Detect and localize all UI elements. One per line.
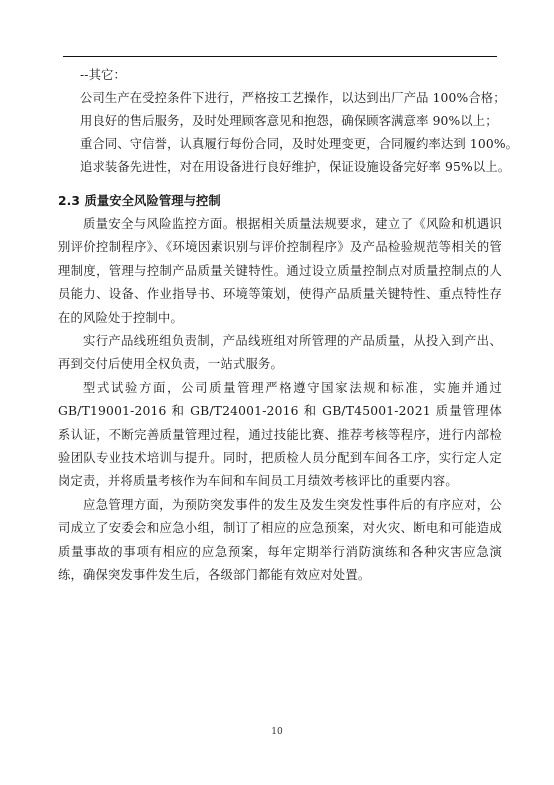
list-item: 公司生产在受控条件下进行，严格按工艺操作，以达到出厂产品 100%合格；: [58, 87, 502, 110]
header-rule: [63, 56, 497, 57]
paragraph-team-responsibility: 实行产品线班组负责制，产品线班组对所管理的产品质量，从投入到产出、再到交付后使用…: [58, 330, 502, 377]
list-item: 重合同、守信誉，认真履行每份合同，及时处理变更，合同履约率达到 100%。: [58, 133, 502, 156]
list-item: 追求装备先进性，对在用设备进行良好维护，保证设施设备完好率 95%以上。: [58, 156, 502, 179]
list-intro: --其它：: [58, 64, 502, 87]
paragraph-emergency-management: 应急管理方面，为预防突发事件的发生及发生突发性事件后的有序应对，公司成立了安委会…: [58, 494, 502, 588]
page-number: 10: [0, 727, 554, 737]
paragraph-risk-monitoring: 质量安全与风险监控方面。根据相关质量法规要求，建立了《风险和机遇识别评价控制程序…: [58, 213, 502, 330]
paragraph-type-testing: 型式试验方面，公司质量管理严格遵守国家法规和标准，实施并通过 GB/T19001…: [58, 377, 502, 494]
list-item: 用良好的售后服务，及时处理顾客意见和抱怨，确保顾客满意率 90%以上；: [58, 110, 502, 133]
section-heading: 2.3 质量安全风险管理与控制: [58, 190, 502, 213]
page-body: --其它： 公司生产在受控条件下进行，严格按工艺操作，以达到出厂产品 100%合…: [58, 64, 502, 588]
other-commitments-list: --其它： 公司生产在受控条件下进行，严格按工艺操作，以达到出厂产品 100%合…: [58, 64, 502, 179]
